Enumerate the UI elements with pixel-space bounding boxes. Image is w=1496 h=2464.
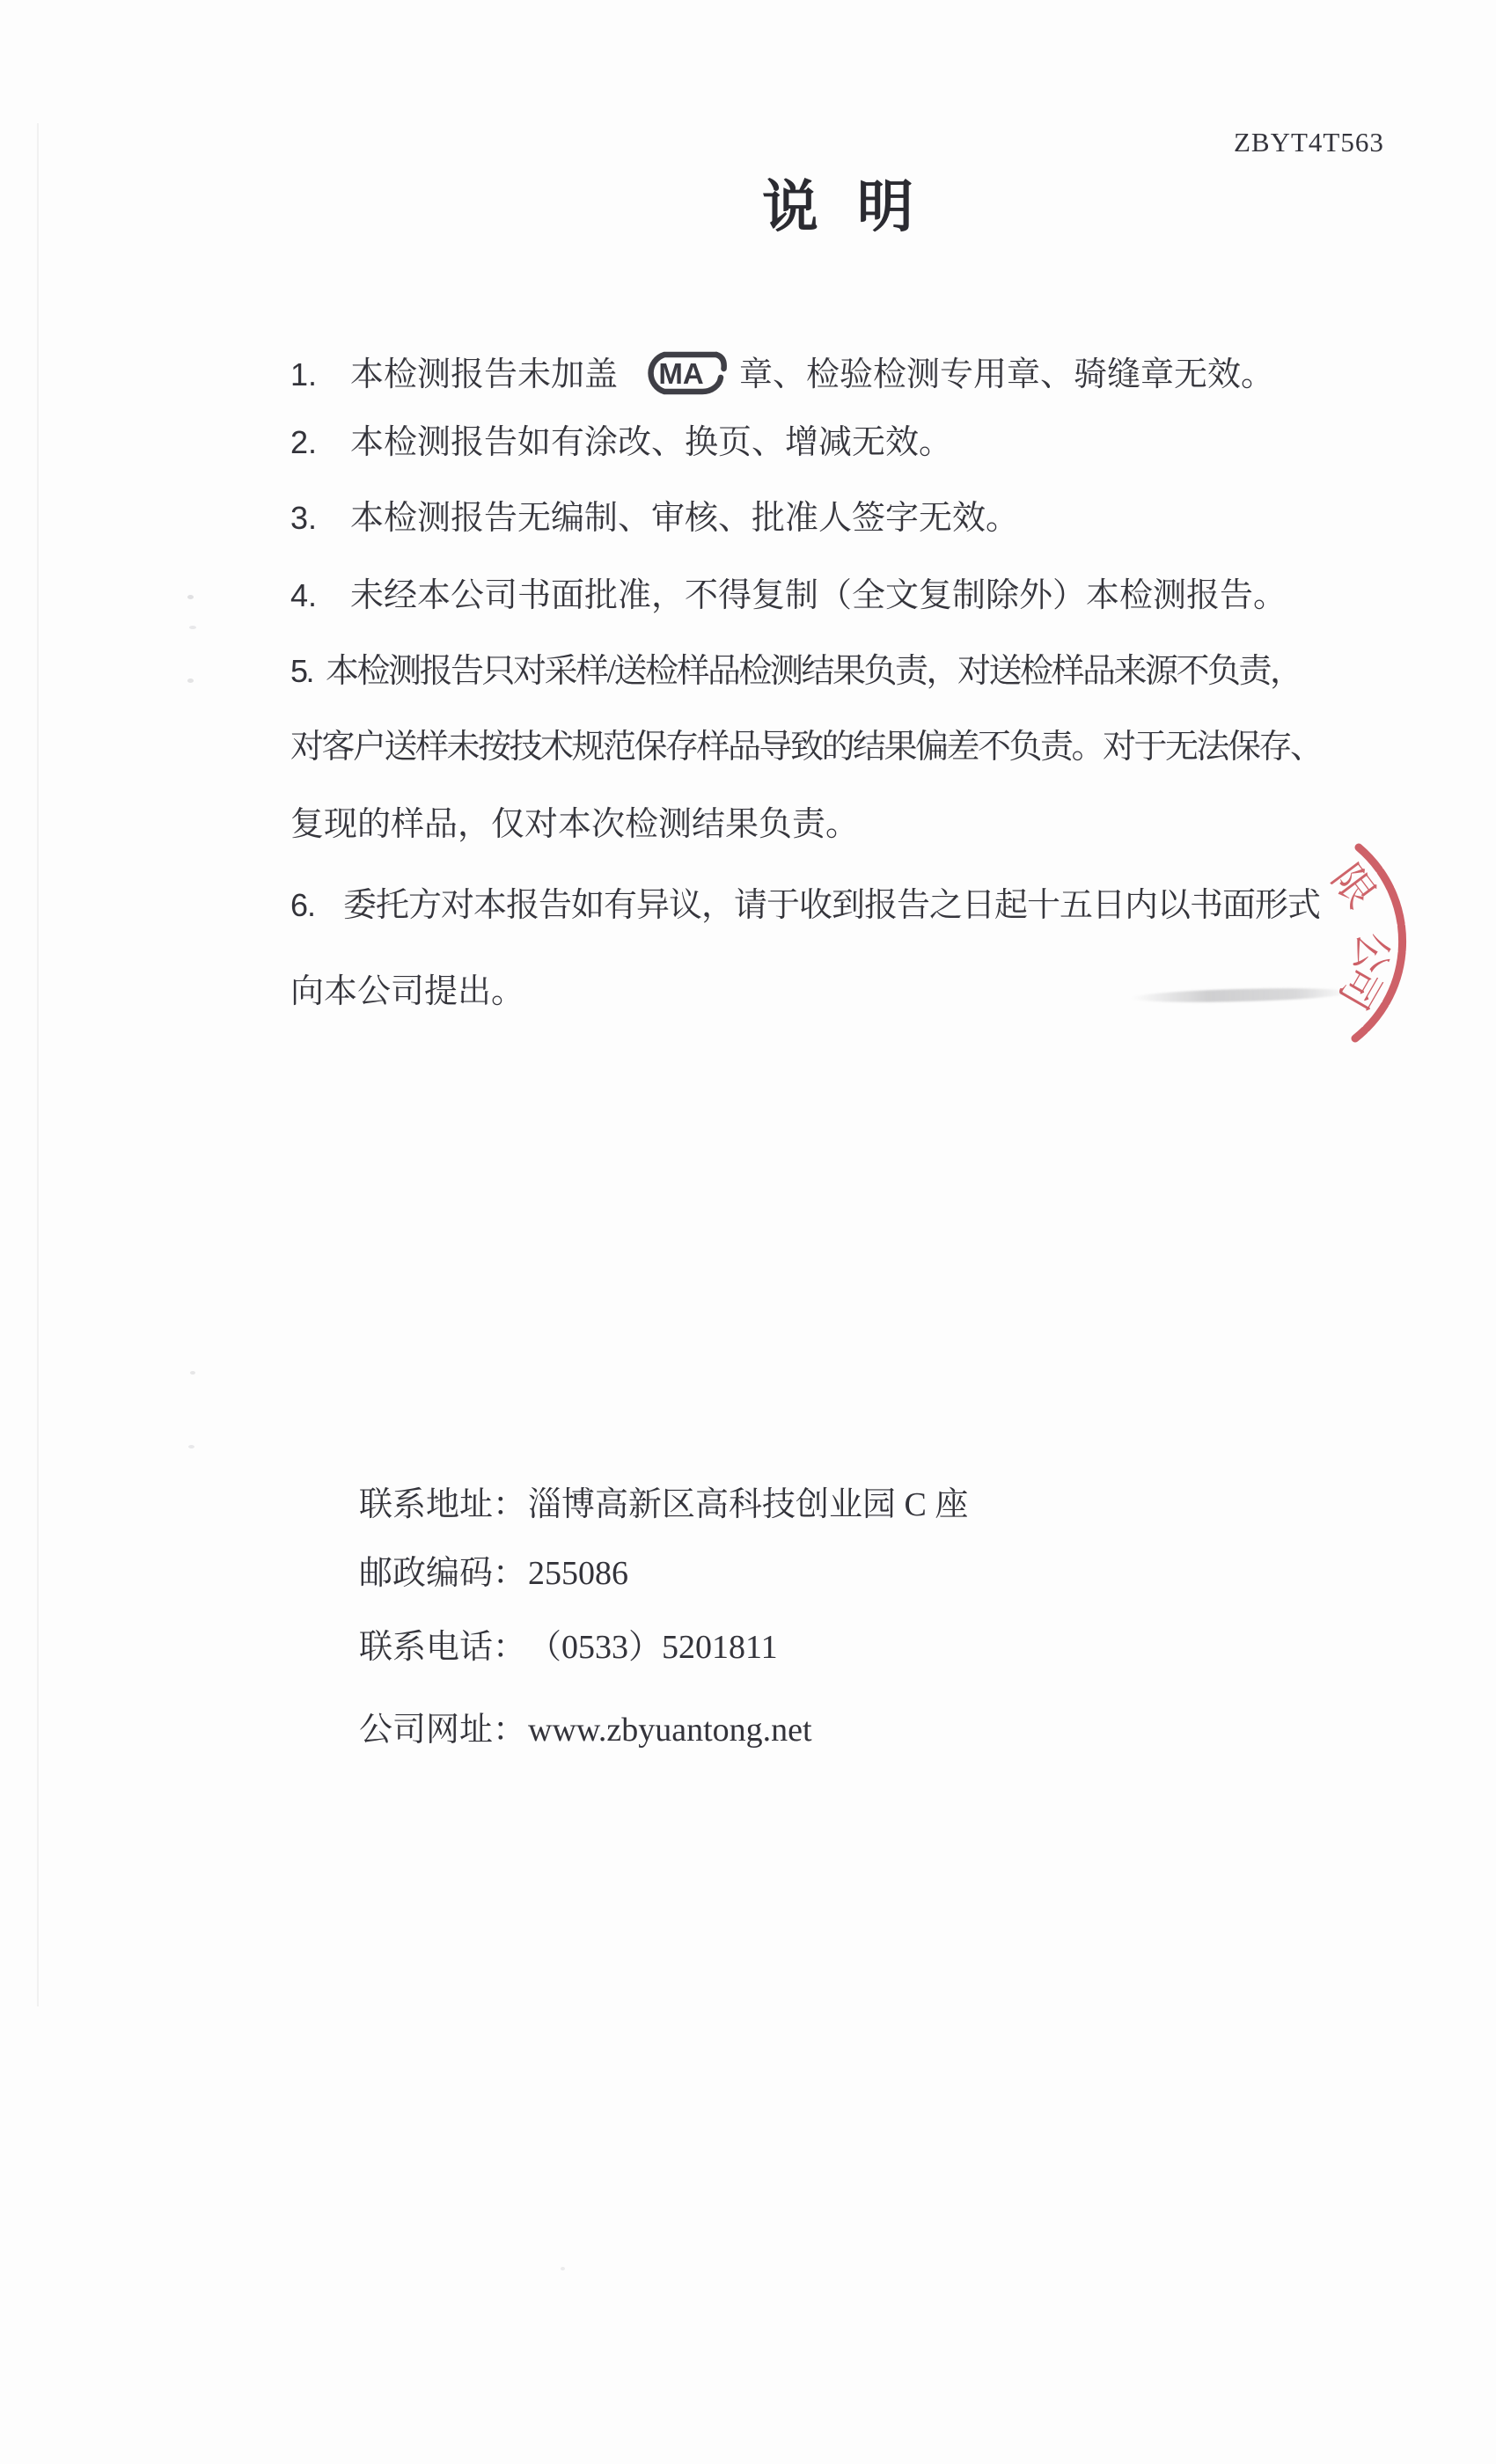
scan-speck xyxy=(187,595,194,599)
contact-address-value: 淄博高新区高科技创业园 C 座 xyxy=(528,1486,968,1523)
contact-website-label: 公司网址： xyxy=(359,1712,528,1749)
note-text-1-post: 章、检验检测专用章、骑缝章无效。 xyxy=(739,356,1274,393)
contact-address-label: 联系地址： xyxy=(359,1487,528,1524)
note-text-5: 本检测报告只对采样/送检样品检测结果负责，对送检样品来源不负责， xyxy=(326,653,1302,690)
contact-phone-value: （0533）5201811 xyxy=(528,1629,778,1666)
scan-speck xyxy=(561,2267,565,2270)
note-text-6b: 向本公司提出。 xyxy=(290,973,524,1010)
note-text-2: 本检测报告如有涂改、换页、增减无效。 xyxy=(350,424,952,461)
note-line-5-cont: 对客户送样未按技术规范保存样品导致的结果偏差不负责。对于无法保存、 xyxy=(290,729,1322,767)
report-code: ZBYT4T563 xyxy=(1234,128,1384,156)
note-text-5c: 复现的样品，仅对本次检测结果负责。 xyxy=(290,806,859,843)
scanned-report-page: ZBYT4T563 说 明 1.本检测报告未加盖 MA 章、检验检测专用章、骑缝… xyxy=(0,0,1496,2464)
note-line-5: 5.本检测报告只对采样/送检样品检测结果负责，对送检样品来源不负责， xyxy=(290,653,1302,692)
note-text-3: 本检测报告无编制、审核、批准人签字无效。 xyxy=(350,500,1019,537)
contact-phone-row: 联系电话：（0533）5201811 xyxy=(359,1630,778,1667)
note-number-3: 3. xyxy=(290,500,350,536)
contact-postcode-label: 邮政编码： xyxy=(359,1556,528,1593)
note-text-4: 未经本公司书面批准，不得复制（全文复制除外）本检测报告。 xyxy=(350,577,1287,614)
contact-postcode-value: 255086 xyxy=(528,1555,628,1592)
company-seal-partial: 限 公 司 xyxy=(1126,805,1426,1096)
scan-speck xyxy=(187,678,194,683)
contact-phone-label: 联系电话： xyxy=(359,1630,528,1667)
note-number-4: 4. xyxy=(290,577,350,613)
page-title: 说 明 xyxy=(762,180,914,236)
scan-speck xyxy=(190,1371,195,1375)
contact-address-row: 联系地址：淄博高新区高科技创业园 C 座 xyxy=(359,1487,968,1524)
note-number-2: 2. xyxy=(290,424,350,460)
scan-edge-artifact xyxy=(37,123,39,2006)
scan-speck xyxy=(189,626,196,629)
note-line-4: 4.未经本公司书面批准，不得复制（全文复制除外）本检测报告。 xyxy=(290,577,1287,616)
note-line-6-cont: 向本公司提出。 xyxy=(290,973,524,1012)
contact-website-row: 公司网址：www.zbyuantong.net xyxy=(359,1712,812,1749)
note-text-1-pre: 本检测报告未加盖 xyxy=(350,356,618,393)
contact-postcode-row: 邮政编码：255086 xyxy=(359,1556,628,1593)
note-line-5-cont2: 复现的样品，仅对本次检测结果负责。 xyxy=(290,806,859,845)
cma-mark-letters: MA xyxy=(658,357,703,390)
scan-speck xyxy=(188,1445,194,1448)
note-number-6: 6. xyxy=(290,887,343,923)
cma-mark-icon: MA xyxy=(639,348,727,407)
note-text-5b: 对客户送样未按技术规范保存样品导致的结果偏差不负责。对于无法保存、 xyxy=(290,729,1322,766)
contact-website-value: www.zbyuantong.net xyxy=(528,1712,812,1749)
note-number-5: 5. xyxy=(290,653,326,689)
note-line-1: 1.本检测报告未加盖 MA 章、检验检测专用章、骑缝章无效。 xyxy=(290,348,1274,407)
note-line-2: 2.本检测报告如有涂改、换页、增减无效。 xyxy=(290,424,952,463)
note-line-3: 3.本检测报告无编制、审核、批准人签字无效。 xyxy=(290,500,1019,539)
note-number-1: 1. xyxy=(290,356,350,392)
